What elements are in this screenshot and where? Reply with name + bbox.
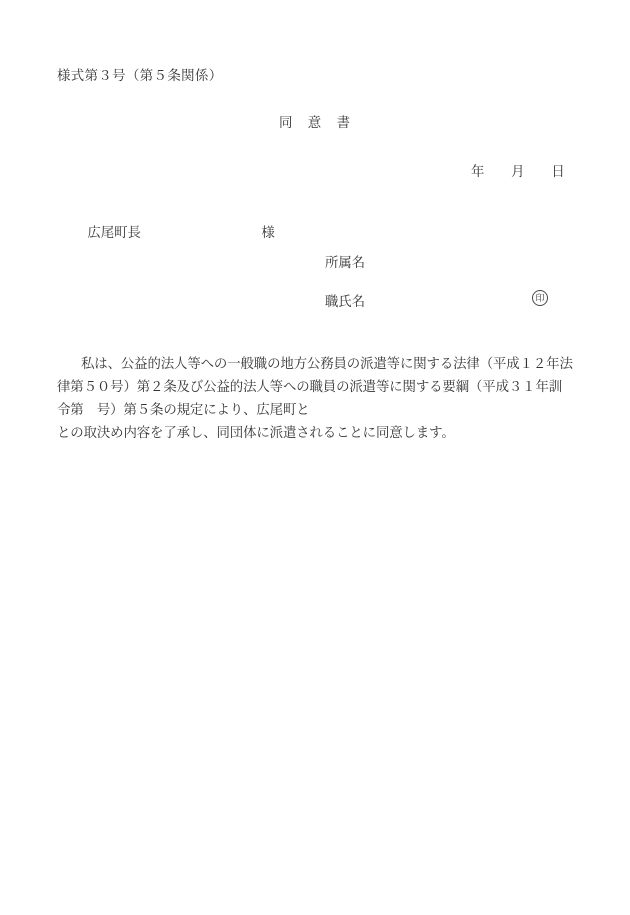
- body-line-1: 私は、公益的法人等への一般職の地方公務員の派遣等に関する法律（平成１２年法: [57, 352, 579, 375]
- addressee-line: 広尾町長様: [74, 206, 275, 257]
- affiliation-field-label: 所属名: [325, 252, 365, 271]
- body-line-3: 令第 号）第５条の規定により、広尾町と: [57, 398, 579, 421]
- body-line-2: 律第５０号）第２条及び公益的法人等への職員の派遣等に関する要綱（平成３１年訓: [57, 375, 579, 398]
- form-number-label: 様式第３号（第５条関係）: [57, 65, 223, 84]
- date-line: 年 月 日: [471, 161, 565, 180]
- seal-icon: 印: [532, 290, 548, 306]
- seal-character: 印: [535, 294, 544, 303]
- name-field-label: 職氏名: [325, 291, 365, 310]
- document-title: 同 意 書: [0, 112, 630, 131]
- body-line-4: との取決め内容を了承し、同団体に派遣されることに同意します。: [57, 421, 579, 444]
- addressee-honorific: 様: [261, 225, 274, 240]
- addressee-name: 広尾町長: [87, 222, 261, 241]
- document-page: 様式第３号（第５条関係） 同 意 書 年 月 日 広尾町長様 所属名 職氏名 印…: [0, 0, 630, 915]
- body-paragraph: 私は、公益的法人等への一般職の地方公務員の派遣等に関する法律（平成１２年法 律第…: [57, 352, 579, 444]
